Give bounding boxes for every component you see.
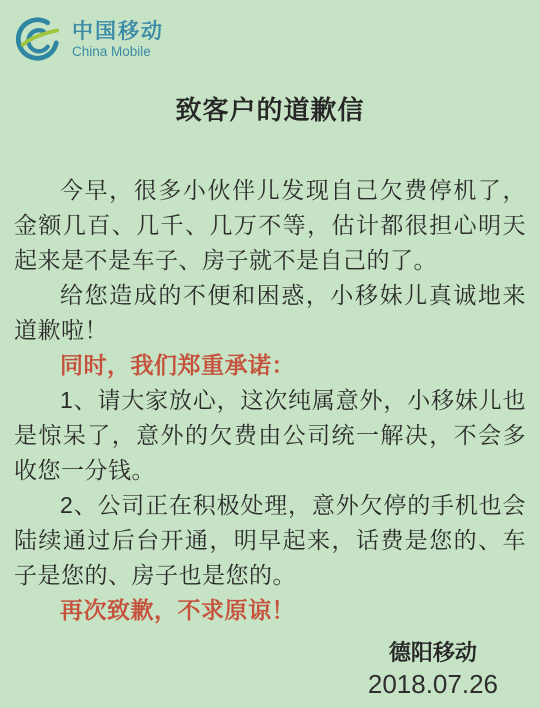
letter-title: 致客户的道歉信 — [0, 90, 540, 127]
letter-body: 今早，很多小伙伴儿发现自己欠费停机了，金额几百、几千、几万不等，估计都很担心明天… — [0, 173, 540, 628]
paragraph-intro: 今早，很多小伙伴儿发现自己欠费停机了，金额几百、几千、几万不等，估计都很担心明天… — [14, 173, 526, 278]
paragraph-promise-2: 2、公司正在积极处理，意外欠停的手机也会陆续通过后台开通，明早起来，话费是您的、… — [14, 488, 526, 593]
signature-name: 德阳移动 — [368, 638, 498, 668]
paragraph-apology: 给您造成的不便和困惑，小移妹儿真诚地来道歉啦！ — [14, 278, 526, 348]
paragraph-promise-heading: 同时，我们郑重承诺： — [14, 348, 526, 383]
brand-name-zh: 中国移动 — [72, 21, 164, 43]
signature-inner: 德阳移动 2018.07.26 — [368, 638, 498, 700]
brand-name-en: China Mobile — [72, 45, 164, 59]
brand-header: 中国移动 China Mobile — [0, 0, 540, 66]
paragraph-promise-1: 1、请大家放心，这次纯属意外，小移妹儿也是惊呆了，意外的欠费由公司统一解决，不会… — [14, 383, 526, 488]
apology-letter-page: 中国移动 China Mobile 致客户的道歉信 今早，很多小伙伴儿发现自己欠… — [0, 0, 540, 708]
brand-name-block: 中国移动 China Mobile — [72, 21, 164, 59]
signature-block: 德阳移动 2018.07.26 — [0, 638, 540, 700]
china-mobile-logo-icon — [16, 17, 62, 63]
signature-date: 2018.07.26 — [368, 668, 498, 700]
paragraph-closing: 再次致歉，不求原谅！ — [14, 593, 526, 628]
